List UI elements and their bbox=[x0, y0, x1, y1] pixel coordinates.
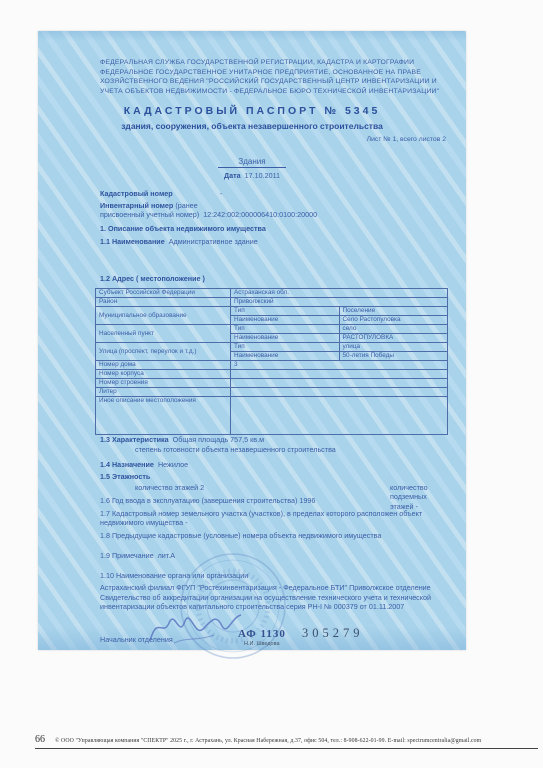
row-label: Иное описание местоположения bbox=[96, 397, 231, 435]
row-label: Литер bbox=[96, 388, 231, 397]
note-value: лит.А bbox=[158, 551, 176, 560]
row-value: 3 bbox=[231, 361, 448, 370]
row-key: Наименование bbox=[231, 352, 340, 361]
row-key: Наименование bbox=[231, 334, 340, 343]
table-row: Населенный пункт Тип село bbox=[96, 325, 448, 334]
row-label: Улица (проспект, переулок и т.д.) bbox=[96, 343, 231, 361]
total-area-value: Общая площадь 757,5 кв.м bbox=[173, 435, 264, 444]
row-key: Тип bbox=[231, 343, 340, 352]
stamp-code: АФ 1130 bbox=[238, 628, 286, 640]
section-1-3-note: степень готовности объекта незавершенног… bbox=[135, 445, 487, 454]
row-key: Наименование bbox=[231, 316, 340, 325]
signer-name: Н.И. Шведова bbox=[244, 641, 280, 647]
section-1-5-heading: 1.5 Этажность bbox=[100, 472, 452, 481]
table-row: Субъект Российской Федерации Астраханска… bbox=[96, 289, 448, 298]
table-row: Район Приволжский bbox=[96, 298, 448, 307]
cadastral-number-value: - bbox=[220, 189, 222, 198]
row-key: Тип bbox=[231, 325, 340, 334]
section-1-2-heading: 1.2 Адрес ( местоположение ) bbox=[100, 274, 452, 283]
cadastral-number-label: Кадастровый номер bbox=[100, 189, 173, 198]
row-label: Субъект Российской Федерации bbox=[96, 289, 231, 298]
row-value: Приволжский bbox=[231, 298, 448, 307]
section-1-6: 1.6 Год ввода в эксплуатацию (завершения… bbox=[100, 496, 452, 505]
document-title: КАДАСТРОВЫЙ ПАСПОРТ № 5345 bbox=[38, 105, 466, 117]
purpose-value: Нежилое bbox=[158, 460, 188, 469]
row-key: Тип bbox=[231, 307, 340, 316]
section-1-heading: 1. Описание объекта недвижимого имуществ… bbox=[100, 224, 452, 233]
row-value: 50-летия Победы bbox=[339, 352, 448, 361]
page-footer: 66 © ООО "Управляющая компания "СПЕКТР" … bbox=[35, 734, 538, 749]
page-number: 66 bbox=[35, 734, 45, 745]
object-type: Здания bbox=[38, 157, 466, 168]
row-value bbox=[231, 370, 448, 379]
inventory-number-value: присвоенный учетный номер) 12:242:002:00… bbox=[100, 210, 317, 219]
page: { "colors": { "paper": "#a9d3eb", "ink":… bbox=[0, 0, 543, 768]
row-value bbox=[231, 379, 448, 388]
section-1-7: 1.7 Кадастровый номер земельного участка… bbox=[100, 509, 452, 528]
table-row: Номер строения bbox=[96, 379, 448, 388]
row-value: Астраханская обл. bbox=[231, 289, 448, 298]
row-value: Поселение bbox=[339, 307, 448, 316]
row-value: село bbox=[339, 325, 448, 334]
row-value: улица bbox=[339, 343, 448, 352]
date-line: Дата 17.10.2011 bbox=[38, 171, 466, 180]
row-value: Село Растопуловка bbox=[339, 316, 448, 325]
row-label: Номер корпуса bbox=[96, 370, 231, 379]
row-label: Район bbox=[96, 298, 231, 307]
section-1-8: 1.8 Предыдущие кадастровые (условные) но… bbox=[100, 531, 452, 540]
object-name-value: Административное здание bbox=[169, 237, 258, 246]
cadastral-passport-scan: ФЕДЕРАЛЬНАЯ СЛУЖБА ГОСУДАРСТВЕННОЙ РЕГИС… bbox=[38, 31, 466, 650]
table-row: Иное описание местоположения bbox=[96, 397, 448, 435]
document-subtitle: здания, сооружения, объекта незавершенно… bbox=[38, 121, 466, 131]
table-row: Номер корпуса bbox=[96, 370, 448, 379]
row-label: Номер дома bbox=[96, 361, 231, 370]
table-row: Номер дома 3 bbox=[96, 361, 448, 370]
copyright-text: © ООО "Управляющая компания "СПЕКТР" 202… bbox=[55, 738, 481, 744]
address-table: Субъект Российской Федерации Астраханска… bbox=[95, 288, 448, 435]
sheet-info: Лист № 1, всего листов 2 bbox=[367, 136, 446, 143]
floors-count: количество этажей 2 bbox=[135, 483, 204, 492]
section-1-3: 1.3 Характеристика Общая площадь 757,5 к… bbox=[100, 435, 452, 444]
row-value bbox=[231, 397, 448, 435]
row-label: Номер строения bbox=[96, 379, 231, 388]
section-1-5-values: количество этажей 2 количество подземных… bbox=[135, 483, 452, 492]
table-row: Литер bbox=[96, 388, 448, 397]
section-1-1: 1.1 Наименование Административное здание bbox=[100, 237, 452, 246]
date-value: 17.10.2011 bbox=[245, 171, 280, 180]
date-label: Дата bbox=[224, 171, 241, 180]
serial-number: 305279 bbox=[302, 626, 364, 641]
signature-icon bbox=[144, 607, 244, 649]
row-label: Населенный пункт bbox=[96, 325, 231, 343]
section-1-4: 1.4 Назначение Нежилое bbox=[100, 460, 452, 469]
table-row: Улица (проспект, переулок и т.д.) Тип ул… bbox=[96, 343, 448, 352]
row-value bbox=[231, 388, 448, 397]
inventory-number-label: Инвентарный номер (ранее bbox=[100, 201, 198, 210]
row-label: Муниципальное образование bbox=[96, 307, 231, 325]
row-value: РАСТОПУЛОВКА bbox=[339, 334, 448, 343]
table-row: Муниципальное образование Тип Поселение bbox=[96, 307, 448, 316]
issuing-agency-text: ФЕДЕРАЛЬНАЯ СЛУЖБА ГОСУДАРСТВЕННОЙ РЕГИС… bbox=[100, 58, 452, 96]
